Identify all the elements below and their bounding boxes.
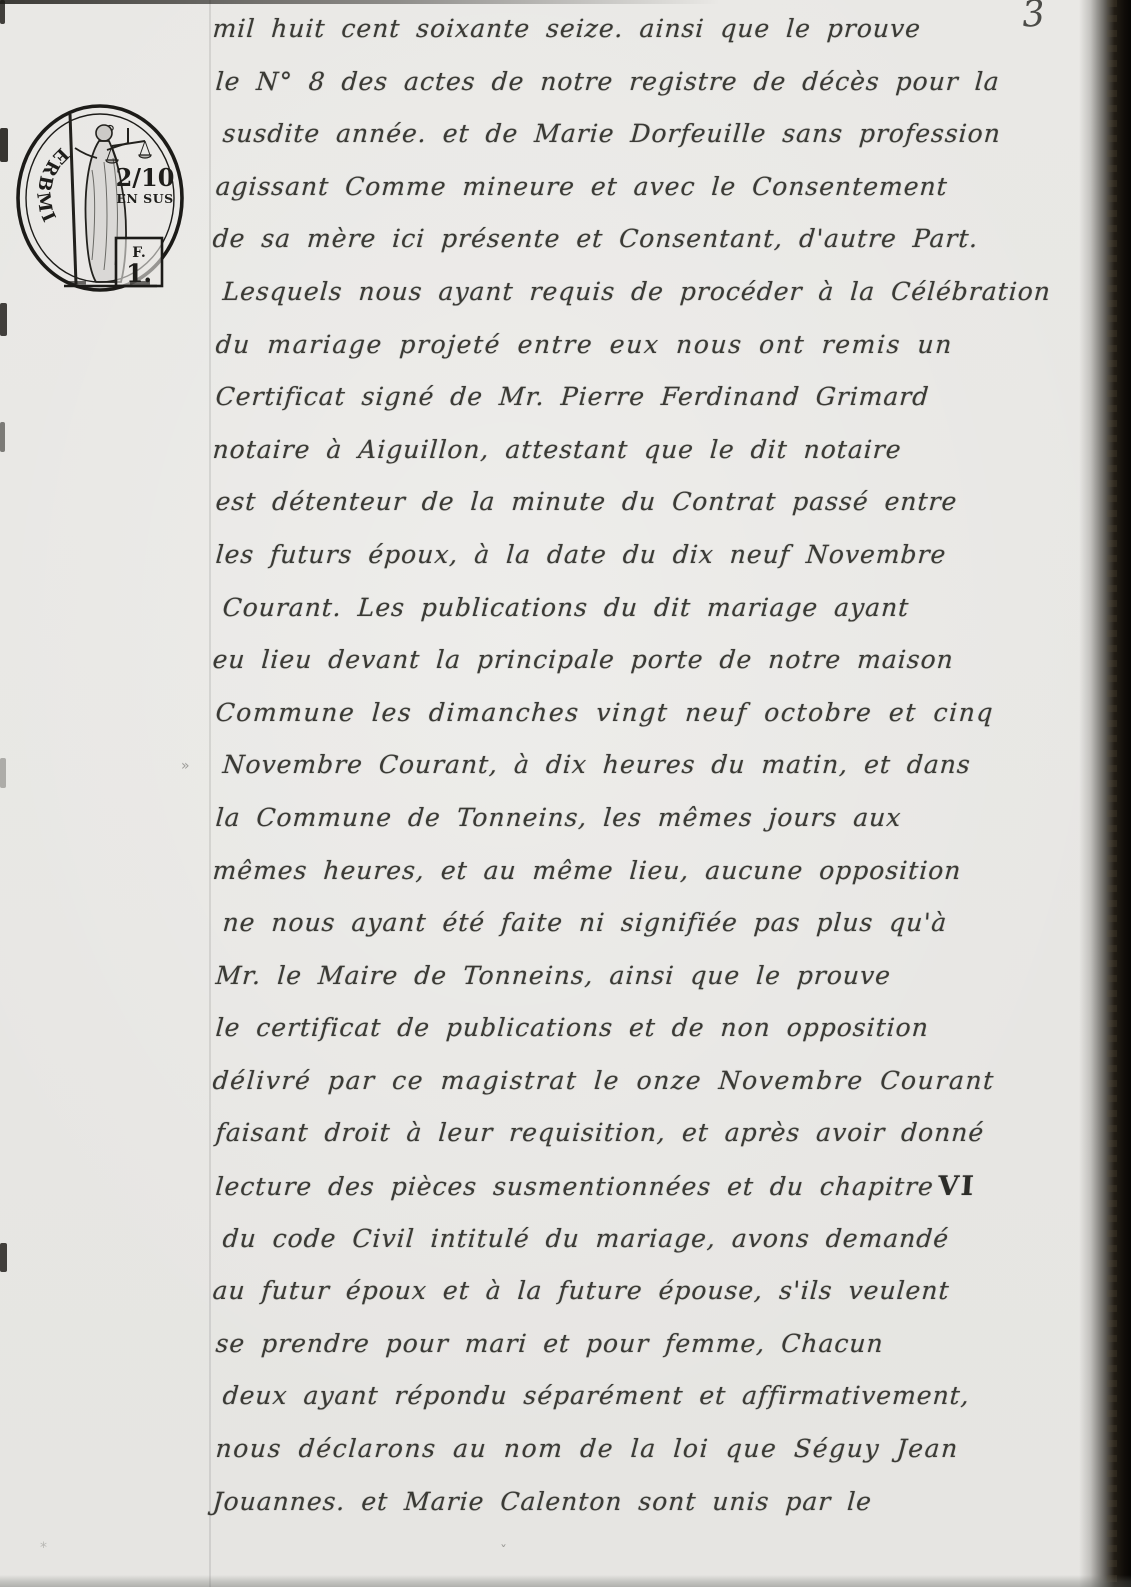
manuscript-line-text: eu lieu devant la principale porte de no… xyxy=(212,645,955,674)
manuscript-line: Lesquels nous ayant requis de procéder à… xyxy=(220,277,1097,330)
manuscript-line-text: lecture des pièces susmentionnées et du … xyxy=(215,1172,935,1201)
staff-icon xyxy=(70,114,76,284)
stamp-surcharge: 2/10 xyxy=(116,163,175,192)
manuscript-line-text: est détenteur de la minute du Contrat pa… xyxy=(215,487,959,516)
pencil-speck: ˇ xyxy=(500,1544,507,1560)
manuscript-line: Courant. Les publications du dit mariage… xyxy=(220,593,1097,646)
scan-edge-mark xyxy=(0,422,5,452)
manuscript-line: au futur époux et à la future épouse, s'… xyxy=(210,1276,1097,1329)
manuscript-line: Certificat signé de Mr. Pierre Ferdinand… xyxy=(213,382,1097,435)
scan-edge-mark xyxy=(0,758,6,788)
stamp-arc-label: ERBMIT xyxy=(12,100,73,228)
scan-bottom-edge-shadow xyxy=(0,1575,1131,1587)
manuscript-line: du code Civil intitulé du mariage, avons… xyxy=(220,1224,1097,1277)
manuscript-line-text: Lesquels nous ayant requis de procéder à… xyxy=(222,277,1052,306)
manuscript-line-text: de sa mère ici présente et Consentant, d… xyxy=(212,224,980,253)
stamp-graphic: ERBMIT xyxy=(12,100,188,296)
manuscript-line: notaire à Aiguillon, attestant que le di… xyxy=(210,435,1097,488)
manuscript-line: Mr. le Maire de Tonneins, ainsi que le p… xyxy=(213,961,1097,1014)
manuscript-line: mil huit cent soixante seize. ainsi que … xyxy=(210,14,1097,67)
manuscript-line-text: Commune les dimanches vingt neuf octobre… xyxy=(215,698,995,727)
manuscript-line-text: la Commune de Tonneins, les mêmes jours … xyxy=(215,803,903,832)
manuscript-line-text: agissant Comme mineure et avec le Consen… xyxy=(215,172,949,201)
manuscript-line-text: nous déclarons au nom de la loi que Ségu… xyxy=(215,1434,960,1463)
manuscript-line: lecture des pièces susmentionnées et du … xyxy=(213,1171,1097,1224)
manuscript-line: les futurs époux, à la date du dix neuf … xyxy=(213,540,1097,593)
manuscript-line-text: deux ayant répondu séparément et affirma… xyxy=(222,1381,971,1410)
manuscript-line: le certificat de publications et de non … xyxy=(213,1013,1097,1066)
manuscript-line-text: les futurs époux, à la date du dix neuf … xyxy=(215,540,948,569)
manuscript-line-text: le certificat de publications et de non … xyxy=(215,1013,930,1042)
manuscript-line-text: au futur époux et à la future épouse, s'… xyxy=(212,1276,951,1305)
manuscript-line: de sa mère ici présente et Consentant, d… xyxy=(210,224,1097,277)
manuscript: mil huit cent soixante seize. ainsi que … xyxy=(213,14,1093,1539)
manuscript-line-text: du mariage projeté entre eux nous ont re… xyxy=(215,330,954,359)
manuscript-line: se prendre pour mari et pour femme, Chac… xyxy=(213,1329,1097,1382)
manuscript-line: eu lieu devant la principale porte de no… xyxy=(210,645,1097,698)
margin-rule-line xyxy=(209,0,211,1587)
manuscript-line-text: Courant. Les publications du dit mariage… xyxy=(222,593,911,622)
manuscript-line: deux ayant répondu séparément et affirma… xyxy=(220,1381,1097,1434)
manuscript-line: le N° 8 des actes de notre registre de d… xyxy=(213,67,1097,120)
timbre-revenue-stamp: ERBMIT xyxy=(12,100,188,296)
manuscript-line: ne nous ayant été faite ni signifiée pas… xyxy=(220,908,1097,961)
manuscript-line: la Commune de Tonneins, les mêmes jours … xyxy=(213,803,1097,856)
manuscript-line-text: Mr. le Maire de Tonneins, ainsi que le p… xyxy=(215,961,892,990)
manuscript-line: nous déclarons au nom de la loi que Ségu… xyxy=(213,1434,1097,1487)
manuscript-line-text: mil huit cent soixante seize. ainsi que … xyxy=(212,14,922,43)
manuscript-line-text: délivré par ce magistrat le onze Novembr… xyxy=(212,1066,996,1095)
scan-top-edge-shadow xyxy=(0,0,720,4)
scan-edge-mark xyxy=(0,303,7,336)
binding-texture xyxy=(1107,0,1117,1587)
engraver-mark xyxy=(68,281,86,285)
manuscript-line: délivré par ce magistrat le onze Novembr… xyxy=(210,1066,1097,1119)
scan-edge-mark xyxy=(0,1243,7,1272)
manuscript-line: du mariage projeté entre eux nous ont re… xyxy=(213,330,1097,383)
manuscript-line: Novembre Courant, à dix heures du matin,… xyxy=(220,750,1097,803)
pencil-speck: * xyxy=(40,1540,47,1556)
pencil-speck: » xyxy=(181,758,190,774)
stamp-surcharge-sub: EN SUS xyxy=(116,191,173,206)
printed-chapter-numeral: VI xyxy=(937,1171,977,1202)
manuscript-line-text: notaire à Aiguillon, attestant que le di… xyxy=(212,435,903,464)
manuscript-line-text: Certificat signé de Mr. Pierre Ferdinand… xyxy=(215,382,931,411)
manuscript-line-text: du code Civil intitulé du mariage, avons… xyxy=(222,1224,951,1253)
engraver-mark xyxy=(130,281,150,285)
manuscript-line: agissant Comme mineure et avec le Consen… xyxy=(213,172,1097,225)
manuscript-line: est détenteur de la minute du Contrat pa… xyxy=(213,487,1097,540)
scanned-civil-register-page: 3 ERBMIT xyxy=(0,0,1131,1587)
manuscript-line: Commune les dimanches vingt neuf octobre… xyxy=(213,698,1097,751)
manuscript-line-text: Jouannes. et Marie Calenton sont unis pa… xyxy=(212,1487,873,1516)
manuscript-line-text: le N° 8 des actes de notre registre de d… xyxy=(215,67,1001,96)
book-binding-shadow xyxy=(1079,0,1131,1587)
manuscript-line: susdite année. et de Marie Dorfeuille sa… xyxy=(220,119,1097,172)
manuscript-line-text: Novembre Courant, à dix heures du matin,… xyxy=(222,750,972,779)
manuscript-line-text: se prendre pour mari et pour femme, Chac… xyxy=(215,1329,885,1358)
manuscript-line: faisant droit à leur requisition, et apr… xyxy=(213,1118,1097,1171)
manuscript-line: Jouannes. et Marie Calenton sont unis pa… xyxy=(210,1487,1097,1540)
manuscript-line-text: ne nous ayant été faite ni signifiée pas… xyxy=(222,908,949,937)
manuscript-line-text: mêmes heures, et au même lieu, aucune op… xyxy=(212,856,963,885)
manuscript-line: mêmes heures, et au même lieu, aucune op… xyxy=(210,856,1097,909)
scan-edge-mark xyxy=(0,128,8,162)
manuscript-line-text: susdite année. et de Marie Dorfeuille sa… xyxy=(222,119,1002,148)
manuscript-line-text: faisant droit à leur requisition, et apr… xyxy=(215,1118,986,1147)
